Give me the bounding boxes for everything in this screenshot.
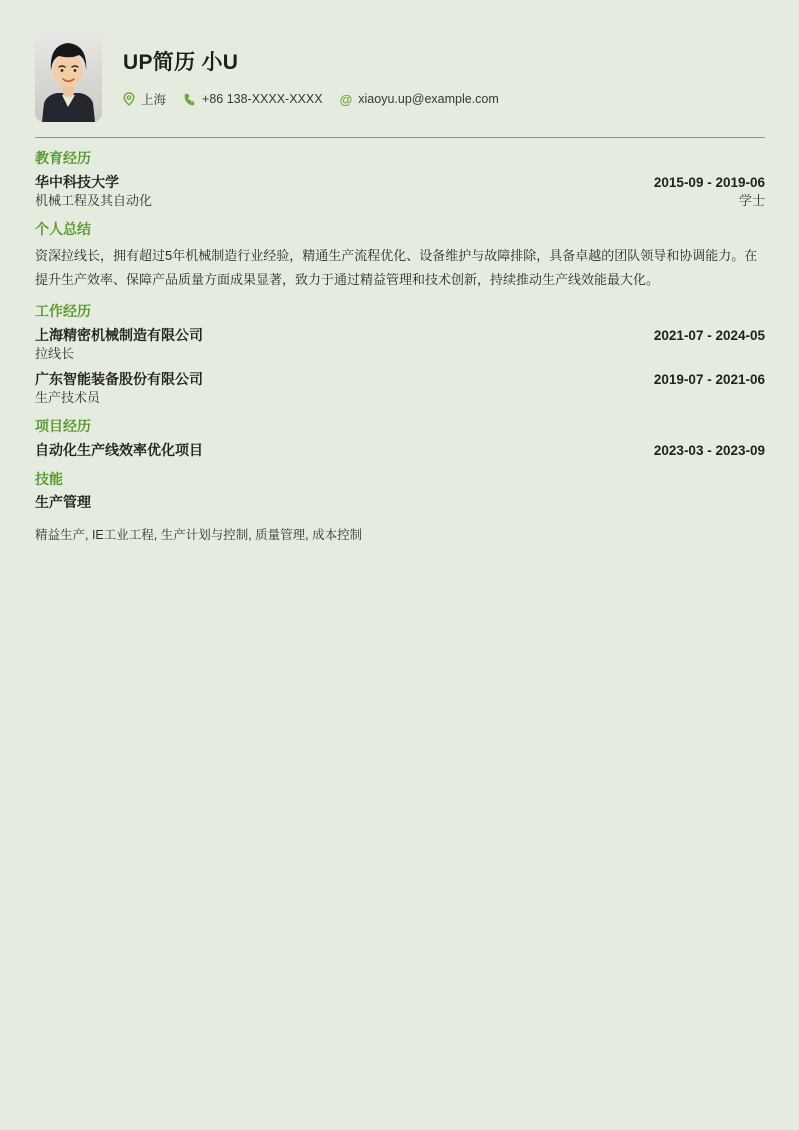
education-period: 2015-09 - 2019-06	[654, 175, 765, 190]
resume-page: UP简历 小U 上海 +86 138-XXXX-XXXX @ xiaoyu.	[0, 0, 799, 1130]
candidate-name: UP简历 小U	[123, 46, 516, 76]
summary-section: 个人总结 资深拉线长，拥有超过5年机械制造行业经验，精通生产流程优化、设备维护与…	[35, 221, 765, 293]
job-header-row: 广东智能装备股份有限公司 2019-07 - 2021-06	[35, 369, 765, 389]
education-header-row: 华中科技大学 2015-09 - 2019-06	[35, 172, 765, 192]
contact-phone: +86 138-XXXX-XXXX	[183, 92, 323, 106]
job-entry: 上海精密机械制造有限公司 2021-07 - 2024-05 拉线长	[35, 325, 765, 363]
job-role: 拉线长	[35, 346, 74, 363]
section-title-work: 工作经历	[35, 303, 765, 320]
contact-email: @ xiaoyu.up@example.com	[340, 92, 499, 107]
phone-icon	[183, 93, 196, 106]
company-name: 上海精密机械制造有限公司	[35, 325, 203, 345]
contact-row: 上海 +86 138-XXXX-XXXX @ xiaoyu.up@example…	[123, 90, 516, 108]
job-role: 生产技术员	[35, 390, 100, 407]
summary-text: 资深拉线长，拥有超过5年机械制造行业经验，精通生产流程优化、设备维护与故障排除，…	[35, 244, 765, 292]
contact-location: 上海	[123, 90, 166, 108]
school-name: 华中科技大学	[35, 172, 119, 192]
projects-section: 项目经历 自动化生产线效率优化项目 2023-03 - 2023-09	[35, 418, 765, 460]
section-title-projects: 项目经历	[35, 418, 765, 435]
education-degree: 学士	[739, 193, 765, 210]
section-title-summary: 个人总结	[35, 221, 765, 238]
education-sub-row: 机械工程及其自动化 学士	[35, 193, 765, 210]
project-header-row: 自动化生产线效率优化项目 2023-03 - 2023-09	[35, 440, 765, 460]
job-entry: 广东智能装备股份有限公司 2019-07 - 2021-06 生产技术员	[35, 369, 765, 407]
project-name: 自动化生产线效率优化项目	[35, 440, 203, 460]
job-role-row: 生产技术员	[35, 390, 765, 407]
section-title-skills: 技能	[35, 471, 765, 488]
profile-photo	[35, 33, 102, 122]
resume-header: UP简历 小U 上海 +86 138-XXXX-XXXX @ xiaoyu.	[35, 33, 765, 122]
work-section: 工作经历 上海精密机械制造有限公司 2021-07 - 2024-05 拉线长 …	[35, 303, 765, 407]
at-icon: @	[340, 92, 353, 107]
job-period: 2019-07 - 2021-06	[654, 372, 765, 387]
skills-section: 技能 生产管理 精益生产, IE工业工程, 生产计划与控制, 质量管理, 成本控…	[35, 471, 765, 544]
company-name: 广东智能装备股份有限公司	[35, 369, 203, 389]
skill-detail: 精益生产, IE工业工程, 生产计划与控制, 质量管理, 成本控制	[35, 526, 765, 544]
job-header-row: 上海精密机械制造有限公司 2021-07 - 2024-05	[35, 325, 765, 345]
education-section: 教育经历 华中科技大学 2015-09 - 2019-06 机械工程及其自动化 …	[35, 150, 765, 210]
location-text: 上海	[141, 90, 166, 108]
email-text: xiaoyu.up@example.com	[358, 92, 499, 106]
project-period: 2023-03 - 2023-09	[654, 443, 765, 458]
section-title-education: 教育经历	[35, 150, 765, 167]
skill-name: 生产管理	[35, 492, 765, 512]
phone-text: +86 138-XXXX-XXXX	[202, 92, 323, 106]
header-info: UP简历 小U 上海 +86 138-XXXX-XXXX @ xiaoyu.	[123, 33, 516, 108]
job-period: 2021-07 - 2024-05	[654, 328, 765, 343]
location-pin-icon	[123, 92, 135, 106]
job-role-row: 拉线长	[35, 346, 765, 363]
profile-photo-illustration	[35, 33, 102, 122]
header-divider	[35, 137, 765, 138]
education-major: 机械工程及其自动化	[35, 193, 152, 210]
